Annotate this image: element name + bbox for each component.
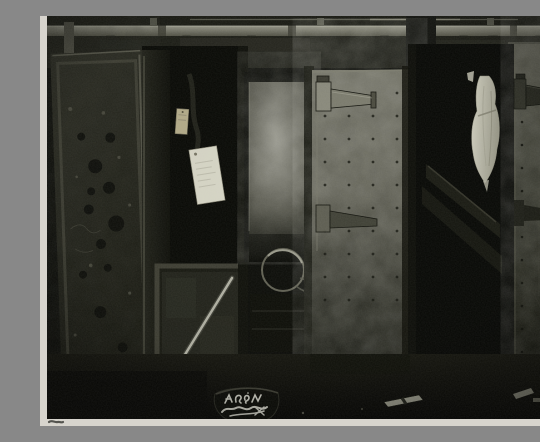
photo-image xyxy=(47,16,540,420)
pen-mark xyxy=(49,421,63,422)
film-grain xyxy=(47,16,540,419)
photograph-print xyxy=(40,16,540,426)
